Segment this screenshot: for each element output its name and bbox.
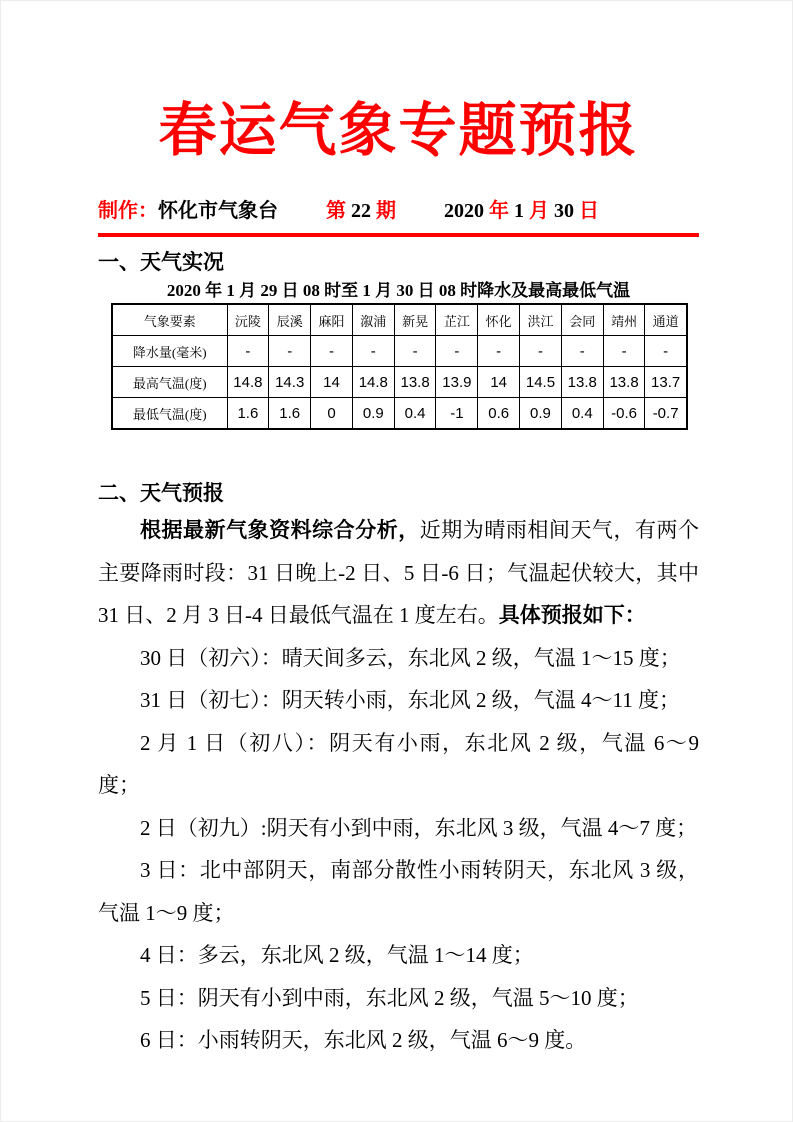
document-page: 春运气象专题预报 制作：怀化市气象台 第 22 期 2020 年 1 月 30 … <box>0 0 793 1122</box>
table-header-cell: 沅陵 <box>227 304 269 336</box>
forecast-line: 5 日：阴天有小到中雨，东北风 2 级，气温 5～10 度； <box>98 977 699 1020</box>
table-cell: 13.8 <box>603 367 645 398</box>
table-cell: - <box>603 336 645 367</box>
table-header-cell: 溆浦 <box>352 304 394 336</box>
table-cell: 13.8 <box>561 367 603 398</box>
table-cell: - <box>352 336 394 367</box>
table-header-cell: 怀化 <box>478 304 520 336</box>
forecast-line: 3 日：北中部阴天，南部分散性小雨转阴天，东北风 3 级，气温 1～9 度； <box>98 849 699 934</box>
table-cell: - <box>561 336 603 367</box>
table-cell: - <box>520 336 562 367</box>
date-day-unit: 日 <box>579 200 599 222</box>
producer-name: 怀化市气象台 <box>158 200 278 222</box>
table-cell: 0 <box>311 398 353 430</box>
table-cell: -0.6 <box>603 398 645 430</box>
intro-segment-analysis: 根据最新气象资料综合分析， <box>140 518 420 542</box>
table-row: 降水量(毫米)----------- <box>112 336 687 367</box>
date-month-unit: 月 <box>529 200 549 222</box>
table-cell: 13.7 <box>645 367 687 398</box>
table-cell: 14.5 <box>520 367 562 398</box>
table-cell: 0.4 <box>561 398 603 430</box>
table-cell: -0.7 <box>645 398 687 430</box>
table-header-cell: 洪江 <box>520 304 562 336</box>
masthead-issue: 第 22 期 <box>326 198 396 224</box>
issue-suffix: 期 <box>371 200 396 222</box>
intro-segment-lead: 具体预报如下： <box>499 603 646 627</box>
weather-table: 气象要素沅陵辰溪麻阳溆浦新晃芷江怀化洪江会同靖州通道降水量(毫米)-------… <box>111 303 688 430</box>
section1-heading: 一、天气实况 <box>98 248 699 276</box>
table-cell: 14 <box>478 367 520 398</box>
produce-label: 制作： <box>98 200 158 222</box>
table-cell: 0.9 <box>520 398 562 430</box>
section2-heading: 二、天气预报 <box>98 479 699 507</box>
table-cell: 1.6 <box>227 398 269 430</box>
red-divider-rule <box>98 233 699 237</box>
date-day: 30 <box>549 200 579 222</box>
table-cell: 13.8 <box>394 367 436 398</box>
masthead-date: 2020 年 1 月 30 日 <box>444 198 599 224</box>
table-cell: 13.9 <box>436 367 478 398</box>
table-cell: 0.9 <box>352 398 394 430</box>
table-cell: 1.6 <box>269 398 311 430</box>
table-cell: - <box>478 336 520 367</box>
forecast-line: 30 日（初六）：晴天间多云，东北风 2 级，气温 1～15 度； <box>98 637 699 680</box>
table-header-row: 气象要素沅陵辰溪麻阳溆浦新晃芷江怀化洪江会同靖州通道 <box>112 304 687 336</box>
table-cell: 14 <box>311 367 353 398</box>
forecast-line: 31 日（初七）：阴天转小雨，东北风 2 级，气温 4～11 度； <box>98 679 699 722</box>
table-header-cell: 新晃 <box>394 304 436 336</box>
date-year-unit: 年 <box>489 200 509 222</box>
table-cell: 14.8 <box>352 367 394 398</box>
forecast-list: 30 日（初六）：晴天间多云，东北风 2 级，气温 1～15 度；31 日（初七… <box>98 637 699 1062</box>
document-title: 春运气象专题预报 <box>98 85 699 177</box>
table-cell: 0.4 <box>394 398 436 430</box>
table-cell: - <box>311 336 353 367</box>
table-header-cell: 气象要素 <box>112 304 227 336</box>
table-header-cell: 芷江 <box>436 304 478 336</box>
table-row: 最低气温(度)1.61.600.90.4-10.60.90.4-0.6-0.7 <box>112 398 687 430</box>
table-cell: - <box>227 336 269 367</box>
table-header-cell: 麻阳 <box>311 304 353 336</box>
forecast-body: 根据最新气象资料综合分析，近期为晴雨相间天气，有两个主要降雨时段：31 日晚上-… <box>98 509 699 1062</box>
table-cell: -1 <box>436 398 478 430</box>
table-cell: 14.3 <box>269 367 311 398</box>
table-header-cell: 辰溪 <box>269 304 311 336</box>
date-year: 2020 <box>444 200 489 222</box>
masthead: 制作：怀化市气象台 第 22 期 2020 年 1 月 30 日 <box>98 198 699 224</box>
forecast-line: 6 日：小雨转阴天，东北风 2 级，气温 6～9 度。 <box>98 1019 699 1062</box>
issue-number: 22 <box>351 200 371 222</box>
table-header-cell: 靖州 <box>603 304 645 336</box>
table-cell: - <box>436 336 478 367</box>
forecast-intro: 根据最新气象资料综合分析，近期为晴雨相间天气，有两个主要降雨时段：31 日晚上-… <box>98 509 699 637</box>
forecast-line: 2 月 1 日（初八）：阴天有小雨，东北风 2 级，气温 6～9 度； <box>98 722 699 807</box>
table-header-cell: 通道 <box>645 304 687 336</box>
forecast-line: 2 日（初九）:阴天有小到中雨，东北风 3 级，气温 4～7 度； <box>98 807 699 850</box>
table-header-cell: 会同 <box>561 304 603 336</box>
weather-table-title: 2020 年 1 月 29 日 08 时至 1 月 30 日 08 时降水及最高… <box>98 280 699 301</box>
table-cell: - <box>394 336 436 367</box>
table-cell: - <box>269 336 311 367</box>
table-row-label: 最高气温(度) <box>112 367 227 398</box>
table-row: 最高气温(度)14.814.31414.813.813.91414.513.81… <box>112 367 687 398</box>
forecast-line: 4 日：多云，东北风 2 级，气温 1～14 度； <box>98 934 699 977</box>
date-month: 1 <box>509 200 529 222</box>
table-cell: 0.6 <box>478 398 520 430</box>
table-row-label: 降水量(毫米) <box>112 336 227 367</box>
issue-prefix: 第 <box>326 200 351 222</box>
table-row-label: 最低气温(度) <box>112 398 227 430</box>
table-cell: 14.8 <box>227 367 269 398</box>
table-cell: - <box>645 336 687 367</box>
masthead-producer: 制作：怀化市气象台 <box>98 198 278 224</box>
